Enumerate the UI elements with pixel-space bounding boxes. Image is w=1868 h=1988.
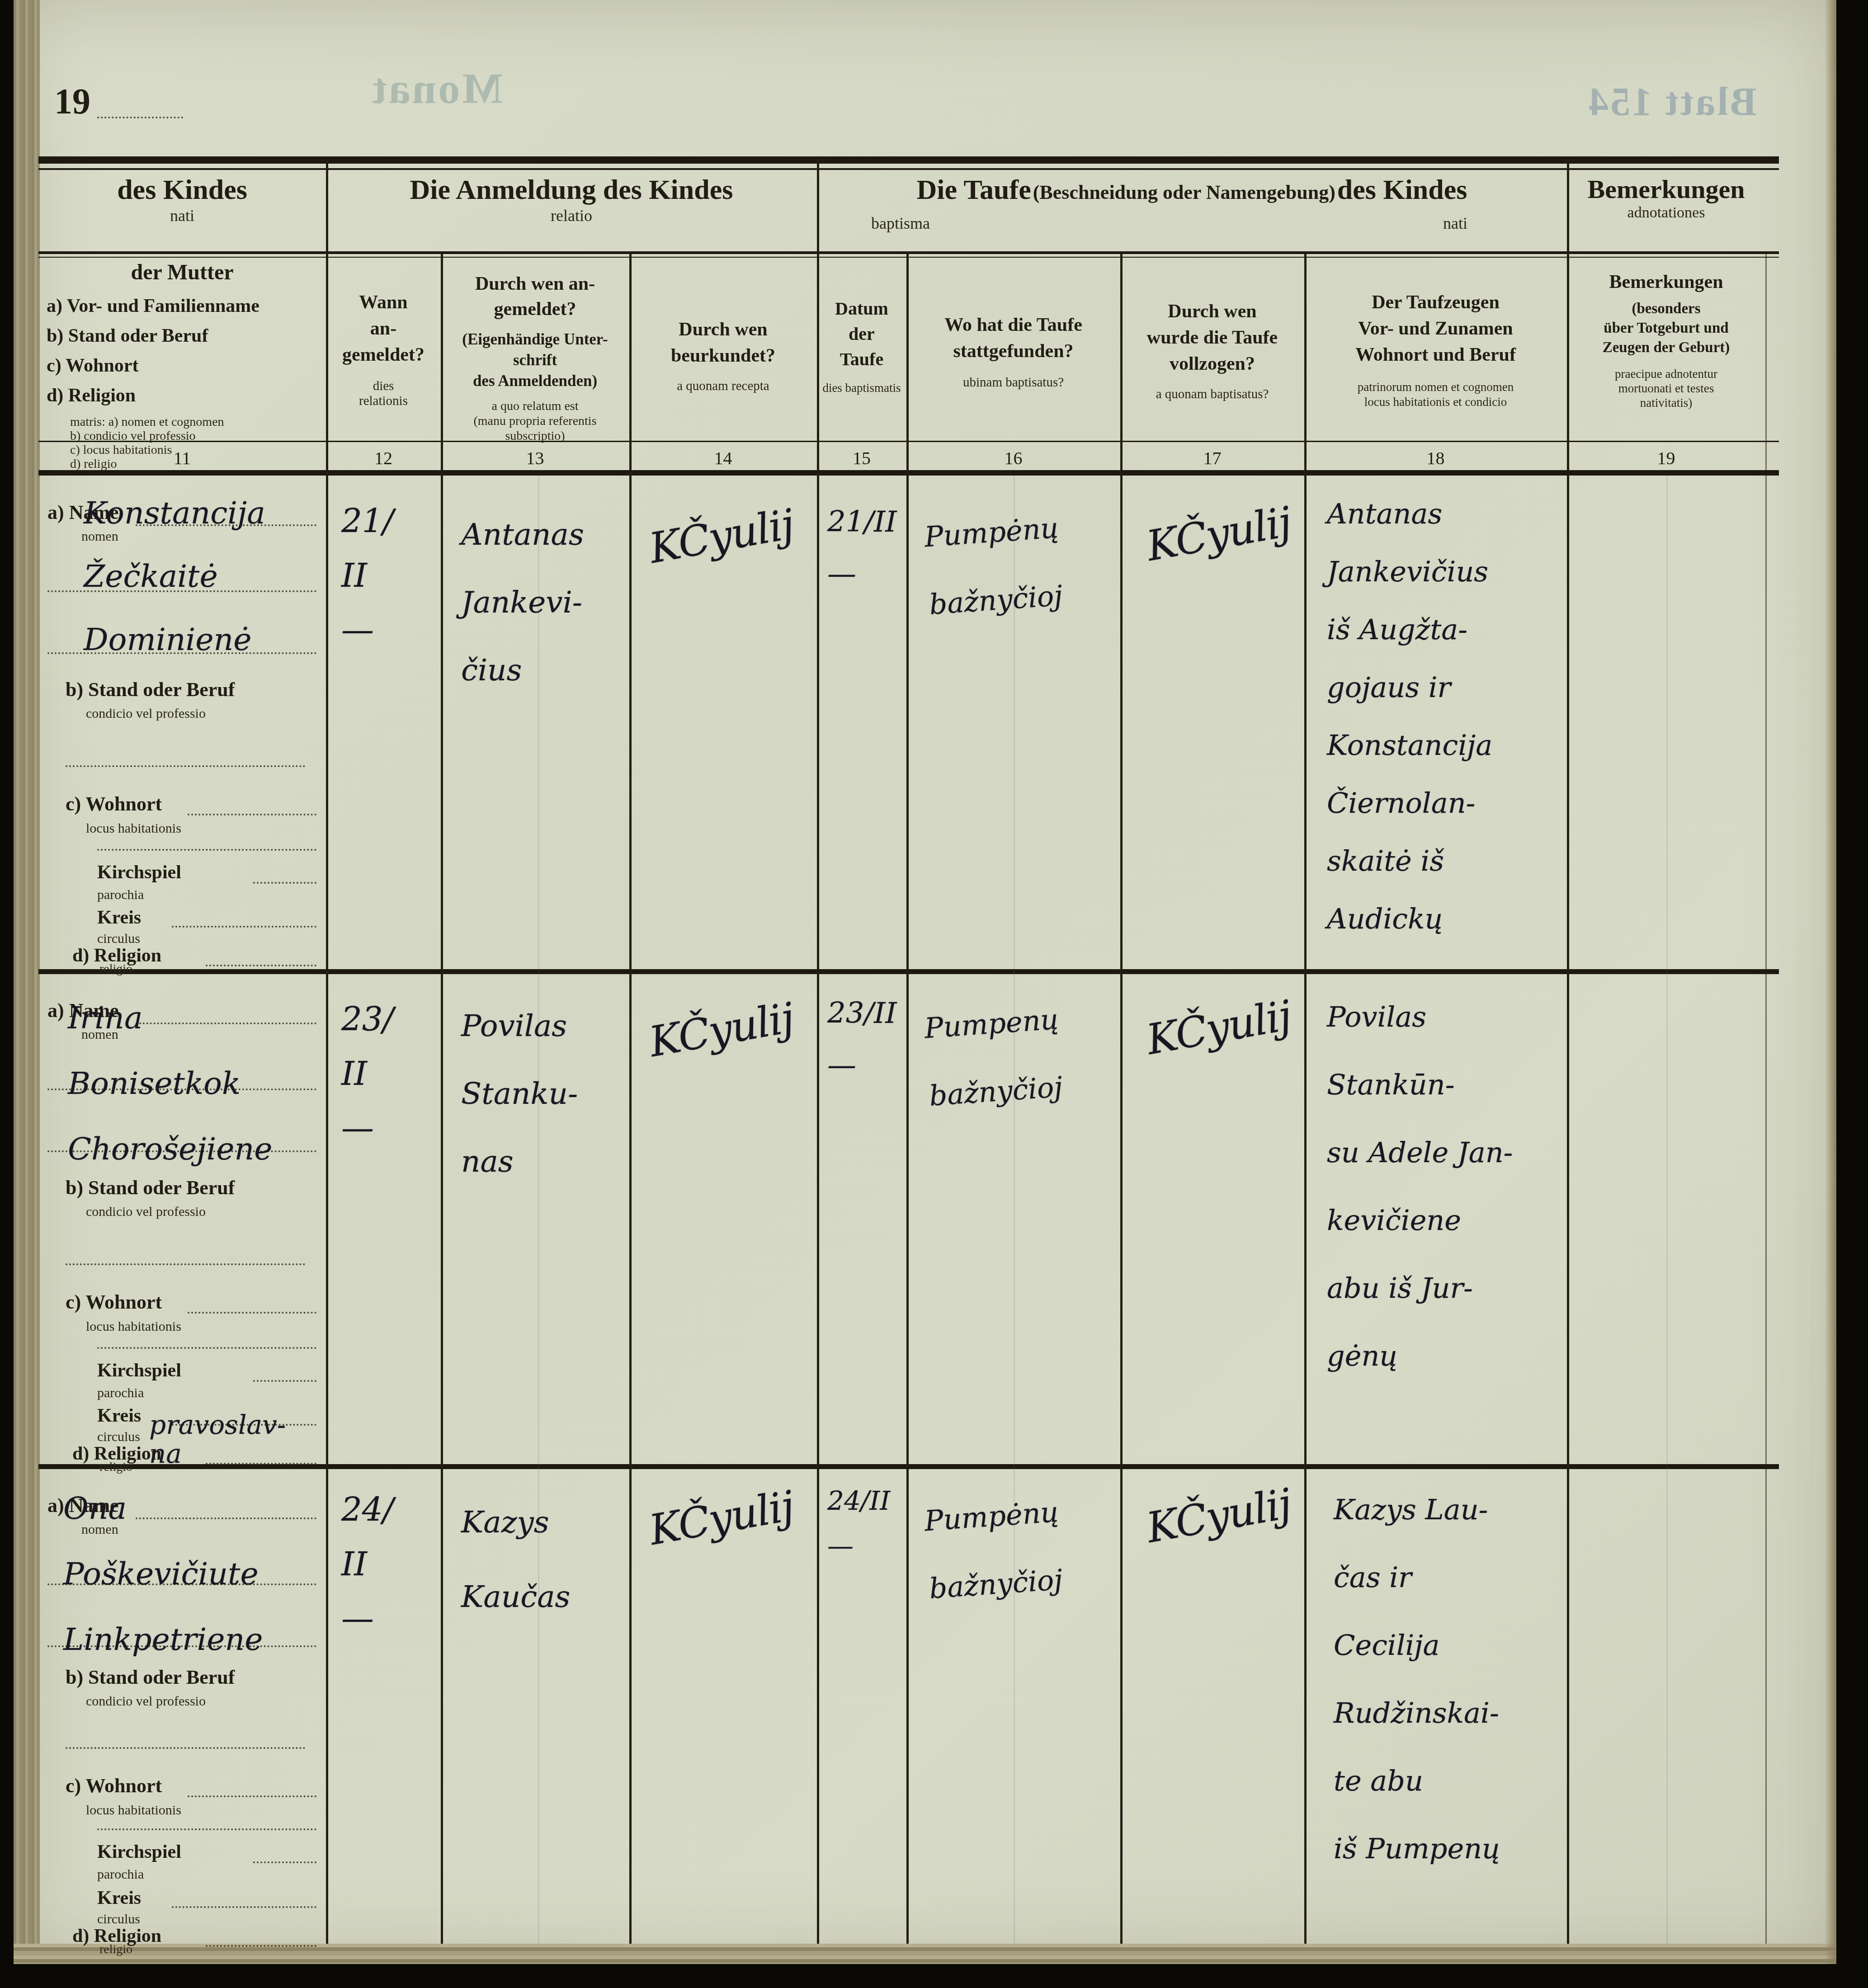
label-condicio: condicio vel professio bbox=[86, 706, 206, 721]
group-header-taufe-la-baptisma: baptisma bbox=[871, 214, 930, 233]
subheader-col16-de: Wo hat die Taufe stattgefunden? bbox=[906, 312, 1120, 364]
subheader-col13-la: a quo relatum est (manu propria referent… bbox=[441, 399, 629, 443]
label-wohnort: c) Wohnort bbox=[66, 792, 162, 815]
tauf-ort-handwriting: Pumpėnų bažnyčioj bbox=[922, 1478, 1066, 1623]
label-parochia: parochia bbox=[97, 1867, 144, 1882]
group-header-taufe-la-nati: nati bbox=[1443, 214, 1467, 233]
label-locus: locus habitationis bbox=[86, 1803, 181, 1818]
tauf-ort-handwriting: Pumpenų bažnyčioj bbox=[922, 985, 1066, 1130]
vollzogen-signature: KČyulij bbox=[1143, 498, 1294, 570]
angemeldet-durch-handwriting: Antanas Jankevi- čius bbox=[461, 501, 584, 704]
subheader-col11-title: der Mutter bbox=[38, 260, 326, 285]
mother-religion-handwriting: pravoslav- na bbox=[149, 1410, 286, 1468]
subheader-col15-de: Datum der Taufe bbox=[817, 296, 906, 372]
group-header-taufe-tail: des Kindes bbox=[1337, 174, 1467, 205]
label-religio: religio bbox=[99, 1942, 132, 1957]
subheader-col18-de: Der Taufzeugen Vor- und Zunamen Wohnort … bbox=[1304, 289, 1567, 368]
tauf-datum-handwriting: 21/II — bbox=[827, 496, 897, 600]
subheader-col18-la: patrinorum nomen et cognomen locus habit… bbox=[1304, 380, 1567, 410]
subheader-col14-la: a quonam recepta bbox=[629, 379, 817, 394]
table-top-rule-thick bbox=[38, 156, 1779, 164]
tauf-datum-handwriting: 24/II — bbox=[827, 1478, 890, 1569]
group-header-bemerkungen: Bemerkungen adnotationes bbox=[1567, 174, 1765, 221]
label-kreis: Kreis bbox=[97, 907, 141, 928]
record-row-3: a) Name nomen b) Stand oder Beruf condic… bbox=[14, 1467, 1836, 1944]
record-row-1: a) Name nomen b) Stand oder Beruf condic… bbox=[14, 474, 1836, 969]
scanned-register-page: 19 Monat Blatt 154 des Kindes nati Die A… bbox=[0, 0, 1868, 1988]
tauf-ort-handwriting: Pumpėnų bažnyčioj bbox=[922, 494, 1066, 639]
subheader-col14-de: Durch wen beurkundet? bbox=[629, 316, 817, 369]
subheader-col13-de2: (Eigenhändige Unter- schrift des Anmelde… bbox=[441, 329, 629, 391]
group-header-bemerkungen-la: adnotationes bbox=[1567, 204, 1765, 221]
angemeldet-durch-handwriting: Kazys Kaučas bbox=[461, 1485, 570, 1634]
bleedthrough-blatt: Blatt 154 bbox=[1587, 79, 1757, 125]
label-wohnort: c) Wohnort bbox=[66, 1774, 162, 1797]
colnum-15: 15 bbox=[817, 448, 906, 469]
group-header-bemerkungen-de: Bemerkungen bbox=[1567, 174, 1765, 204]
vollzogen-signature: KČyulij bbox=[1143, 991, 1294, 1064]
colnum-14: 14 bbox=[629, 448, 817, 469]
year-dotted-line bbox=[97, 117, 183, 118]
mother-name-handwriting: Irina Bonisetkok Chorošejiene bbox=[68, 985, 272, 1182]
label-kirchspiel: Kirchspiel bbox=[97, 862, 181, 883]
subheader-col19-la: praecipue adnotentur mortuonati et teste… bbox=[1567, 367, 1765, 410]
colnum-18: 18 bbox=[1304, 448, 1567, 469]
subheader-col19-de: Bemerkungen bbox=[1567, 271, 1765, 293]
label-locus: locus habitationis bbox=[86, 821, 181, 836]
group-header-taufe-main: Die Taufe bbox=[917, 174, 1031, 205]
colnum-17: 17 bbox=[1120, 448, 1304, 469]
group-header-taufe: Die Taufe (Beschneidung oder Namengebung… bbox=[817, 174, 1567, 206]
beurkundet-signature: KČyulij bbox=[646, 994, 797, 1066]
table-top-rule-thin bbox=[38, 168, 1779, 170]
angemeldet-date-handwriting: 24/ II — bbox=[341, 1483, 394, 1645]
label-condicio: condicio vel professio bbox=[86, 1204, 206, 1220]
subheader-col19: Bemerkungen (besonders über Totgeburt un… bbox=[1567, 271, 1765, 410]
subheader-col15-la: dies baptismatis bbox=[817, 381, 906, 395]
taufzeugen-handwriting: Povilas Stankūn- su Adele Jan- kevičiene… bbox=[1327, 983, 1513, 1390]
label-locus: locus habitationis bbox=[86, 1319, 181, 1334]
record-row-2: a) Name nomen b) Stand oder Beruf condic… bbox=[14, 972, 1836, 1465]
subheader-col16-la: ubinam baptisatus? bbox=[906, 375, 1120, 390]
subheader-col12-de: Wann an- gemeldet? bbox=[326, 289, 441, 368]
subheader-col19-de2: (besonders über Totgeburt und Zeugen der… bbox=[1567, 299, 1765, 358]
label-kreis: Kreis bbox=[97, 1405, 141, 1427]
label-circulus: circulus bbox=[97, 931, 140, 947]
mother-name-handwriting: Konstancija Žečkaitė Dominienė bbox=[84, 482, 265, 672]
bleedthrough-monat: Monat bbox=[371, 63, 503, 113]
group-header-anmeldung-la: relatio bbox=[326, 206, 817, 225]
group-subheader-rule2 bbox=[38, 257, 1779, 258]
group-header-taufe-paren: (Beschneidung oder Namengebung) bbox=[1033, 181, 1335, 203]
taufzeugen-handwriting: Antanas Jankevičius iš Augžta- gojaus ir… bbox=[1327, 485, 1492, 948]
label-circulus: circulus bbox=[97, 1429, 140, 1445]
subheader-col17-la: a quonam baptisatus? bbox=[1120, 387, 1304, 402]
year-prefix: 19 bbox=[54, 81, 90, 122]
subheader-col12: Wann an- gemeldet? dies relationis bbox=[326, 289, 441, 409]
label-condicio: condicio vel professio bbox=[86, 1694, 206, 1709]
subheader-col17: Durch wen wurde die Taufe vollzogen? a q… bbox=[1120, 298, 1304, 402]
group-header-kind: des Kindes nati bbox=[38, 174, 326, 225]
colnum-16: 16 bbox=[906, 448, 1120, 469]
label-kreis: Kreis bbox=[97, 1887, 141, 1909]
angemeldet-date-handwriting: 21/ II — bbox=[341, 494, 394, 657]
group-subheader-rule bbox=[38, 251, 1779, 254]
colnum-13: 13 bbox=[441, 448, 629, 469]
group-header-kind-de: des Kindes bbox=[38, 174, 326, 206]
subheader-col13: Durch wen an- gemeldet? (Eigenhändige Un… bbox=[441, 271, 629, 443]
vollzogen-signature: KČyulij bbox=[1143, 1479, 1294, 1552]
paper-sheet: 19 Monat Blatt 154 des Kindes nati Die A… bbox=[14, 0, 1836, 1964]
colnum-19: 19 bbox=[1567, 448, 1765, 469]
subheader-col16: Wo hat die Taufe stattgefunden? ubinam b… bbox=[906, 312, 1120, 390]
group-header-anmeldung-de: Die Anmeldung des Kindes bbox=[326, 174, 817, 206]
colnum-11: 11 bbox=[38, 448, 326, 469]
colnum-12: 12 bbox=[326, 448, 441, 469]
group-header-kind-la: nati bbox=[38, 206, 326, 225]
subheader-col11: der Mutter a) Vor- und Familienname b) S… bbox=[38, 260, 326, 471]
beurkundet-signature: KČyulij bbox=[646, 1482, 797, 1555]
subheader-col13-de: Durch wen an- gemeldet? bbox=[441, 271, 629, 322]
beurkundet-signature: KČyulij bbox=[646, 500, 797, 573]
taufzeugen-handwriting: Kazys Lau- čas ir Cecilija Rudžinskai- t… bbox=[1334, 1476, 1500, 1883]
label-stand: b) Stand oder Beruf bbox=[66, 678, 235, 701]
subheader-col18: Der Taufzeugen Vor- und Zunamen Wohnort … bbox=[1304, 289, 1567, 410]
label-parochia: parochia bbox=[97, 1385, 144, 1401]
label-circulus: circulus bbox=[97, 1912, 140, 1927]
subheader-col14: Durch wen beurkundet? a quonam recepta bbox=[629, 316, 817, 394]
label-kirchspiel: Kirchspiel bbox=[97, 1841, 181, 1863]
group-header-anmeldung: Die Anmeldung des Kindes relatio bbox=[326, 174, 817, 225]
tauf-datum-handwriting: 23/II — bbox=[827, 988, 897, 1092]
angemeldet-date-handwriting: 23/ II — bbox=[341, 992, 394, 1155]
subheader-col15: Datum der Taufe dies baptismatis bbox=[817, 296, 906, 395]
label-kirchspiel: Kirchspiel bbox=[97, 1360, 181, 1381]
angemeldet-durch-handwriting: Povilas Stanku- nas bbox=[461, 992, 578, 1196]
subheader-col12-la: dies relationis bbox=[326, 379, 441, 409]
label-wohnort: c) Wohnort bbox=[66, 1291, 162, 1314]
label-parochia: parochia bbox=[97, 887, 144, 903]
mother-name-handwriting: Ona Poškevičiute Linkpetriene bbox=[63, 1476, 263, 1672]
subheader-col17-de: Durch wen wurde die Taufe vollzogen? bbox=[1120, 298, 1304, 377]
subheader-col11-items: a) Vor- und Familienname b) Stand oder B… bbox=[47, 291, 326, 410]
